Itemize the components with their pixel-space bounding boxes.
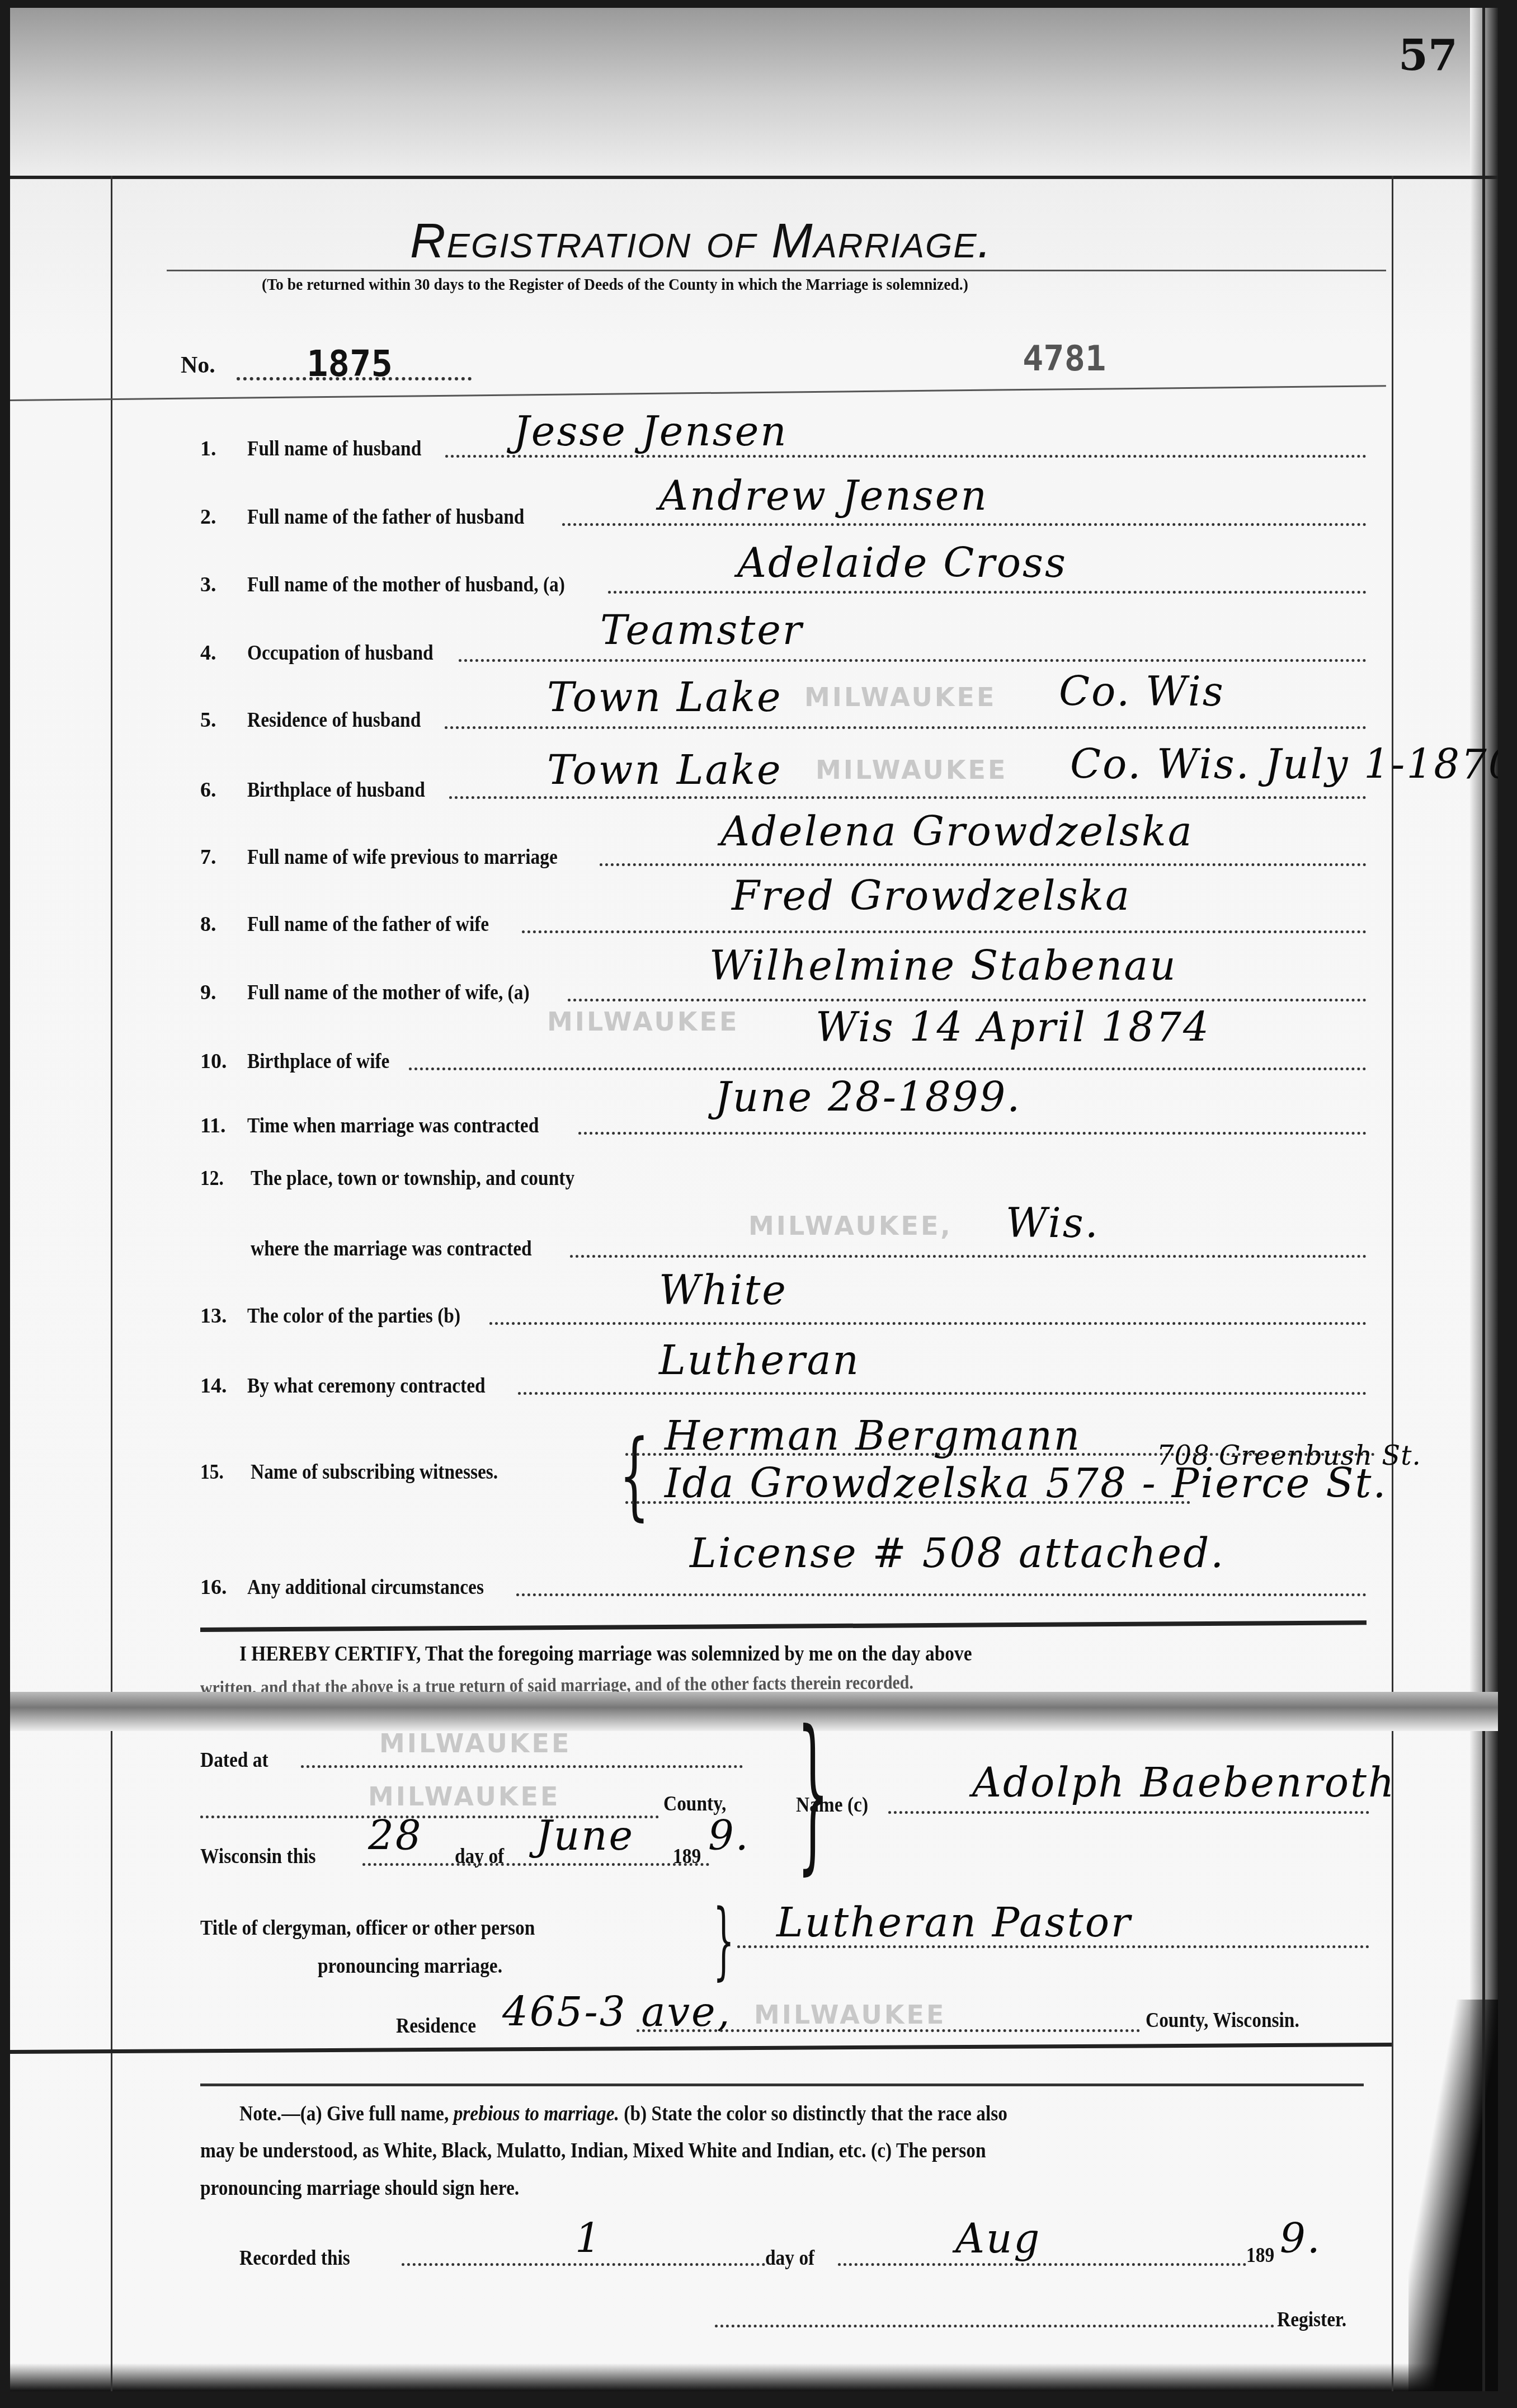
page-bottom-shadow (10, 2363, 1498, 2391)
field-12-num: 12. (200, 1166, 224, 1191)
husband-residence-value-2: Co. Wis (1059, 668, 1225, 715)
field-15-num: 15. (200, 1460, 224, 1484)
certify-text: I HEREBY CERTIFY, That the foregoing mar… (239, 1642, 972, 1666)
husband-birthplace-stamp: MILWAUKEE (816, 755, 1007, 785)
field-15-label: Name of subscribing witnesses. (251, 1460, 498, 1484)
left-margin-line (111, 176, 112, 2391)
fold-shadow (10, 1692, 1498, 1731)
wisconsin-this-label: Wisconsin this (200, 1844, 316, 1869)
title-label-2: pronouncing marriage. (318, 1954, 502, 1978)
wife-mother-value: Wilhelmine Stabenau (709, 942, 1177, 989)
day-of-label: day of (455, 1844, 504, 1869)
residence-label: Residence (396, 2014, 476, 2038)
certify-rule (200, 1620, 1367, 1632)
recorded-day-of-label: day of (765, 2246, 814, 2270)
officiant-title-value: Lutheran Pastor (776, 1899, 1132, 1946)
residence-stamp: MILWAUKEE (754, 2000, 946, 2030)
witness-2-value: Ida Growdzelska 578 - Pierce St. (665, 1460, 1387, 1507)
title-label-1: Title of clergyman, officer or other per… (200, 1916, 535, 1940)
officiant-name-line (888, 1810, 1369, 1814)
husband-name-value: Jesse Jensen (513, 408, 788, 455)
alternate-number: 4781 (1023, 338, 1106, 379)
county-wisconsin-label: County, Wisconsin. (1146, 2008, 1299, 2033)
county-stamp: MILWAUKEE (368, 1781, 560, 1812)
parties-color-value: White (659, 1267, 788, 1314)
dated-at-line (301, 1765, 743, 1768)
registration-document: 57 Registration of Marriage. (To be retu… (10, 8, 1498, 2391)
certify-year-suffix: 9. (708, 1812, 750, 1859)
wife-birthplace-stamp: MILWAUKEE (547, 1007, 739, 1037)
ceremony-value: Lutheran (659, 1337, 860, 1384)
note-rule (200, 2084, 1364, 2086)
register-label: Register. (1277, 2307, 1346, 2332)
note-line-2: may be understood, as White, Black, Mula… (200, 2138, 986, 2163)
officiant-name-value: Adolph Baebenroth (972, 1759, 1396, 1806)
right-margin-line (1392, 176, 1393, 2391)
marriage-time-value: June 28-1899. (715, 1074, 1021, 1121)
note-line-1: Note.—(a) Give full name, prebious to ma… (239, 2101, 1007, 2126)
marriage-place-value: Wis. (1006, 1200, 1100, 1247)
husband-occupation-value: Teamster (600, 606, 803, 653)
marriage-place-stamp: MILWAUKEE, (748, 1211, 953, 1241)
record-number-value: 1875 (307, 344, 393, 385)
officiant-name-label: Name (c) (796, 1793, 868, 1817)
page-number: 57 (1398, 30, 1458, 80)
register-signature-line (715, 2324, 1274, 2327)
wife-father-value: Fred Growdzelska (732, 872, 1131, 919)
wife-birthplace-value: Wis 14 April 1874 (816, 1004, 1210, 1051)
husband-father-value: Andrew Jensen (659, 472, 988, 519)
residence-rule (10, 2043, 1392, 2054)
form-subtitle: (To be returned within 30 days to the Re… (262, 275, 968, 294)
witness-1-value: Herman Bergmann (665, 1412, 1081, 1459)
recorded-year-prefix: 189 (1246, 2243, 1274, 2268)
husband-birthplace-value-2: Co. Wis. July 1-1870. (1070, 741, 1498, 788)
recorded-month-line (838, 2263, 1246, 2266)
record-number-label: No. (181, 352, 215, 379)
dated-at-label: Dated at (200, 1748, 268, 1772)
recorded-day-value: 1 (575, 2215, 602, 2262)
residence-line (637, 2029, 1140, 2032)
husband-residence-value: Town Lake (547, 674, 783, 721)
record-rule (10, 385, 1386, 401)
dated-at-stamp: MILWAUKEE (379, 1728, 571, 1758)
recorded-label: Recorded this (239, 2246, 350, 2270)
recorded-year-suffix: 9. (1280, 2215, 1322, 2262)
date-line (362, 1863, 709, 1866)
right-frame-line (1482, 8, 1485, 2391)
recorded-day-line (402, 2263, 765, 2266)
top-frame-line (10, 176, 1498, 179)
title-brace: } (713, 1899, 734, 1983)
husband-birthplace-value: Town Lake (547, 746, 783, 793)
form-title: Registration of Marriage. (410, 212, 992, 269)
witnesses-brace: { (619, 1428, 649, 1523)
year-prefix: 189 (673, 1844, 701, 1869)
recorded-month-value: Aug (955, 2215, 1041, 2262)
title-rule (167, 270, 1386, 271)
certify-day-value: 28 (368, 1812, 423, 1859)
note-line-3: pronouncing marriage should sign here. (200, 2176, 519, 2200)
wife-name-value: Adelena Growdzelska (720, 808, 1194, 855)
field-12-label: The place, town or township, and county (251, 1166, 574, 1191)
additional-circumstances-value: License # 508 attached. (690, 1530, 1225, 1577)
certify-month-value: June (536, 1812, 634, 1859)
husband-mother-value: Adelaide Cross (737, 539, 1067, 586)
husband-residence-stamp: MILWAUKEE (804, 682, 996, 712)
